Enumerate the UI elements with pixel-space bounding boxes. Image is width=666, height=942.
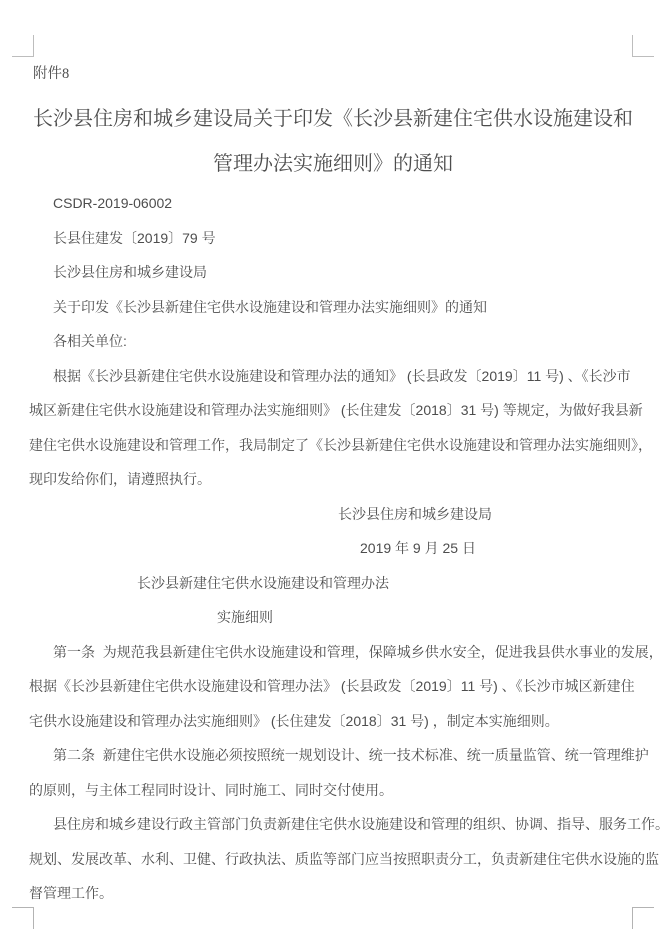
notice-body-line-3: 建住宅供水设施建设和管理工作，我局制定了《长沙县新建住宅供水设施建设和管理办法实…	[29, 428, 646, 463]
article-2-line-1: 第二条 新建住宅供水设施必须按照统一规划设计、统一技术标准、统一质量监管、统一管…	[29, 738, 646, 773]
article-1-line-1: 第一条 为规范我县新建住宅供水设施建设和管理，保障城乡供水安全，促进我县供水事业…	[29, 635, 646, 670]
article-2-line-2: 的原则，与主体工程同时设计、同时施工、同时交付使用。	[29, 773, 646, 808]
document-page: 附件8 长沙县住房和城乡建设局关于印发《长沙县新建住宅供水设施建设和 管理办法实…	[0, 0, 666, 942]
subject-line: 关于印发《长沙县新建住宅供水设施建设和管理办法实施细则》的通知	[29, 290, 646, 325]
doc-number-line: CSDR-2019-06002	[29, 186, 646, 221]
document-title-line-1: 长沙县住房和城乡建设局关于印发《长沙县新建住宅供水设施建设和	[20, 97, 646, 142]
document-title-line-2: 管理办法实施细则》的通知	[20, 142, 646, 187]
section-title-line-2: 实施细则	[29, 600, 646, 635]
issuer-line: 长沙县住房和城乡建设局	[29, 255, 646, 290]
section-title-line-1: 长沙县新建住宅供水设施建设和管理办法	[29, 566, 646, 601]
date-line: 2019 年 9 月 25 日	[29, 531, 646, 566]
salutation-line: 各相关单位:	[29, 324, 646, 359]
document-title: 长沙县住房和城乡建设局关于印发《长沙县新建住宅供水设施建设和 管理办法实施细则》…	[20, 97, 646, 187]
attachment-label: 附件8	[33, 64, 69, 84]
responsibility-line-2: 规划、发展改革、水利、卫健、行政执法、质监等部门应当按照职责分工，负责新建住宅供…	[29, 842, 646, 877]
notice-body-line-1: 根据《长沙县新建住宅供水设施建设和管理办法的通知》 (长县政发〔2019〕11 …	[29, 359, 646, 394]
notice-body-line-2: 城区新建住宅供水设施建设和管理办法实施细则》 (长住建发〔2018〕31 号) …	[29, 393, 646, 428]
article-1-line-2: 根据《长沙县新建住宅供水设施建设和管理办法》 (长县政发〔2019〕11 号) …	[29, 669, 646, 704]
article-1-line-3: 宅供水设施建设和管理办法实施细则》 (长住建发〔2018〕31 号) ，制定本实…	[29, 704, 646, 739]
notice-body-line-4: 现印发给你们，请遵照执行。	[29, 462, 646, 497]
crop-mark-top-right-icon	[632, 35, 654, 57]
issue-number-line: 长县住建发〔2019〕79 号	[29, 221, 646, 256]
responsibility-line-3: 督管理工作。	[29, 876, 646, 911]
responsibility-line-1: 县住房和城乡建设行政主管部门负责新建住宅供水设施建设和管理的组织、协调、指导、服…	[29, 807, 646, 842]
signature-line: 长沙县住房和城乡建设局	[29, 497, 646, 532]
crop-mark-top-left-icon	[12, 35, 34, 57]
document-body: CSDR-2019-06002 长县住建发〔2019〕79 号 长沙县住房和城乡…	[29, 186, 646, 911]
